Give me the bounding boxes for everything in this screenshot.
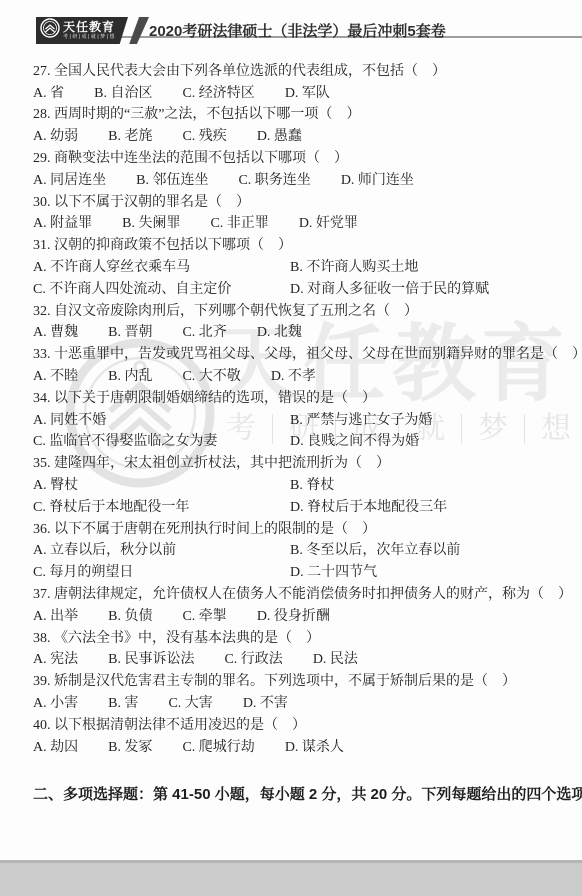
option: C. 脊杖后于本地配役一年 xyxy=(33,496,290,516)
option: C. 每月的朔望日 xyxy=(33,561,290,581)
option: B. 老旄 xyxy=(108,125,182,145)
brand-name: 天任教育 xyxy=(63,21,116,33)
option: A. 宪法 xyxy=(33,648,108,668)
page-bottom-edge xyxy=(0,860,582,896)
option: D. 二十四节气 xyxy=(290,561,377,581)
brand-logo-tail xyxy=(127,17,149,44)
option-row: A. 出举B. 负债C. 牵掣D. 役身折酬 xyxy=(33,604,562,626)
questions: 27. 全国人民代表大会由下列各单位选派的代表组成，不包括（ ）A. 省B. 自… xyxy=(33,59,562,757)
option: A. 臀杖 xyxy=(33,474,290,494)
question-stem: 28. 西周时期的“三赦”之法，不包括以下哪一项（ ） xyxy=(33,103,562,125)
question-stem: 37. 唐朝法律规定，允许债权人在债务人不能消偿债务时扣押债务人的财产，称为（ … xyxy=(33,582,562,604)
option-row: A. 曹魏B. 晋朝C. 北齐D. 北魏 xyxy=(33,321,562,343)
option: A. 曹魏 xyxy=(33,321,108,341)
option-row: C. 脊杖后于本地配役一年D. 脊杖后于本地配役三年 xyxy=(33,495,562,517)
option: D. 不孝 xyxy=(271,365,346,385)
option-row: C. 不许商人四处流动、自主定价D. 对商人多征收一倍于民的算赋 xyxy=(33,277,562,299)
option: A. 不许商人穿丝衣乘车马 xyxy=(33,256,290,276)
option-row: A. 幼弱B. 老旄C. 残疾D. 愚蠢 xyxy=(33,124,562,146)
option: B. 不许商人购买土地 xyxy=(290,256,418,276)
section-heading: 二、多项选择题：第 41-50 小题，每小题 2 分，共 20 分。下列每题给出… xyxy=(33,783,572,804)
option-row: C. 每月的朔望日D. 二十四节气 xyxy=(33,560,562,582)
option: A. 不睦 xyxy=(33,365,108,385)
option: A. 劫囚 xyxy=(33,736,108,756)
option: A. 出举 xyxy=(33,605,108,625)
option: C. 北齐 xyxy=(182,321,256,341)
option: B. 负债 xyxy=(108,605,182,625)
option: B. 内乱 xyxy=(108,365,182,385)
option: D. 愚蠢 xyxy=(257,125,332,145)
question-stem: 36. 以下不属于唐朝在死刑执行时间上的限制的是（ ） xyxy=(33,517,562,539)
option-row: A. 不睦B. 内乱C. 大不敬D. 不孝 xyxy=(33,364,562,386)
option: A. 省 xyxy=(33,82,94,102)
option: C. 不许商人四处流动、自主定价 xyxy=(33,278,290,298)
question-stem: 34. 以下关于唐朝限制婚姻缔结的选项，错误的是（ ） xyxy=(33,386,562,408)
option: B. 晋朝 xyxy=(108,321,182,341)
question-stem: 35. 建隆四年，宋太祖创立折杖法，其中把流刑折为（ ） xyxy=(33,451,562,473)
option-row: A. 附益罪B. 失阑罪C. 非正罪D. 奸党罪 xyxy=(33,212,562,234)
question-stem: 32. 自汉文帝废除肉刑后，下列哪个朝代恢复了五刑之名（ ） xyxy=(33,299,562,321)
question-stem: 31. 汉朝的抑商政策不包括以下哪项（ ） xyxy=(33,233,562,255)
page-title: 2020考研法律硕士（非法学）最后冲刺5套卷 xyxy=(149,20,446,41)
option: A. 附益罪 xyxy=(33,212,122,232)
option: A. 同居连坐 xyxy=(33,169,136,189)
option: B. 邻伍连坐 xyxy=(136,169,238,189)
option: B. 害 xyxy=(108,692,168,712)
option: D. 师门连坐 xyxy=(341,169,444,189)
option: D. 脊杖后于本地配役三年 xyxy=(290,496,447,516)
option: C. 大害 xyxy=(168,692,242,712)
option: D. 役身折酬 xyxy=(257,605,360,625)
option: A. 幼弱 xyxy=(33,125,108,145)
option: B. 冬至以后，次年立春以前 xyxy=(290,539,460,559)
option: A. 小害 xyxy=(33,692,108,712)
option: C. 非正罪 xyxy=(210,212,298,232)
question-stem: 40. 以下根据清朝法律不适用凌迟的是（ ） xyxy=(33,713,562,735)
brand-logo: 天任教育 考|研|成|就|梦|想 xyxy=(36,17,128,44)
option: C. 牵掣 xyxy=(182,605,256,625)
option: D. 北魏 xyxy=(257,321,332,341)
question-stem: 30. 以下不属于汉朝的罪名是（ ） xyxy=(33,190,562,212)
option: D. 谋杀人 xyxy=(285,736,374,756)
option: C. 职务连坐 xyxy=(238,169,340,189)
question-stem: 27. 全国人民代表大会由下列各单位选派的代表组成，不包括（ ） xyxy=(33,59,562,81)
brand-tagline: 考|研|成|就|梦|想 xyxy=(63,35,116,40)
option: C. 残疾 xyxy=(182,125,256,145)
option: C. 经济特区 xyxy=(182,82,284,102)
option: D. 民法 xyxy=(313,648,388,668)
option: D. 军队 xyxy=(285,82,360,102)
option: C. 行政法 xyxy=(224,648,312,668)
question-stem: 39. 矫制是汉代危害君主专制的罪名。下列选项中，不属于矫制后果的是（ ） xyxy=(33,669,562,691)
option: A. 立春以后，秋分以前 xyxy=(33,539,290,559)
option: A. 同姓不婚 xyxy=(33,409,290,429)
option-row: A. 不许商人穿丝衣乘车马B. 不许商人购买土地 xyxy=(33,255,562,277)
option: D. 良贱之间不得为婚 xyxy=(290,430,419,450)
option-row: A. 劫囚B. 发冢C. 爬城行劫D. 谋杀人 xyxy=(33,735,562,757)
option: B. 发冢 xyxy=(108,736,182,756)
option: B. 失阑罪 xyxy=(122,212,210,232)
option: B. 严禁与逃亡女子为婚 xyxy=(290,409,432,429)
option: D. 对商人多征收一倍于民的算赋 xyxy=(290,278,489,298)
option: C. 爬城行劫 xyxy=(182,736,284,756)
option: B. 民事诉讼法 xyxy=(108,648,224,668)
option: D. 不害 xyxy=(243,692,318,712)
question-stem: 33. 十恶重罪中，告发或咒骂祖父母、父母，祖父母、父母在世而别籍异财的罪名是（… xyxy=(33,342,562,364)
option-row: A. 宪法B. 民事诉讼法C. 行政法D. 民法 xyxy=(33,648,562,670)
exam-page: 天任教育 考|研|成|就|梦|想 2020考研法律硕士（非法学）最后冲刺5套卷 … xyxy=(0,0,582,896)
option-row: A. 同居连坐B. 邻伍连坐C. 职务连坐D. 师门连坐 xyxy=(33,168,562,190)
option-row: A. 臀杖B. 脊杖 xyxy=(33,473,562,495)
brand-emblem-icon xyxy=(39,17,61,44)
option: B. 自治区 xyxy=(94,82,182,102)
option: D. 奸党罪 xyxy=(299,212,388,232)
option-row: A. 小害B. 害C. 大害D. 不害 xyxy=(33,691,562,713)
option: C. 监临官不得娶监临之女为妻 xyxy=(33,430,290,450)
option-row: A. 立春以后，秋分以前B. 冬至以后，次年立春以前 xyxy=(33,539,562,561)
option-row: A. 同姓不婚B. 严禁与逃亡女子为婚 xyxy=(33,408,562,430)
question-stem: 29. 商鞅变法中连坐法的范围不包括以下哪项（ ） xyxy=(33,146,562,168)
option-row: C. 监临官不得娶监临之女为妻D. 良贱之间不得为婚 xyxy=(33,430,562,452)
option-row: A. 省B. 自治区C. 经济特区D. 军队 xyxy=(33,81,562,103)
question-stem: 38. 《六法全书》中，没有基本法典的是（ ） xyxy=(33,626,562,648)
option: C. 大不敬 xyxy=(182,365,270,385)
option: B. 脊杖 xyxy=(290,474,334,494)
